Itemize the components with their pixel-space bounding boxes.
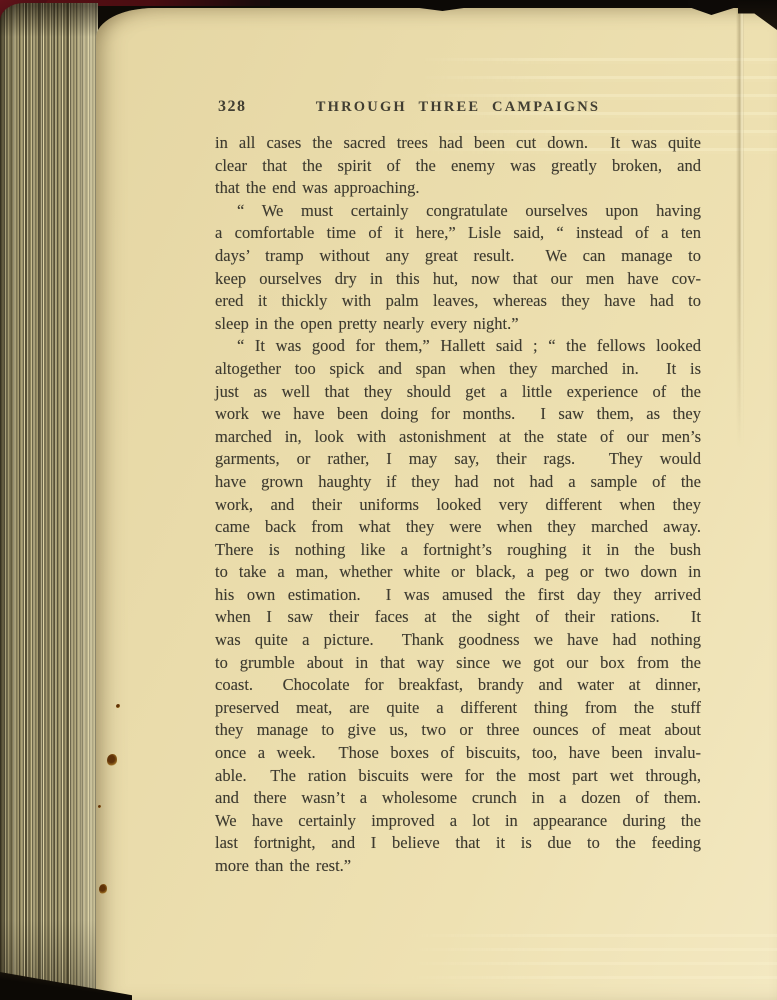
text-line: last fortnight, and I believe that it is…: [215, 832, 701, 855]
text-line: coast. Chocolate for breakfast, brandy a…: [215, 674, 701, 697]
page-text: in all cases the sacred trees had been c…: [215, 132, 701, 878]
text-line: preserved meat, are quite a different th…: [215, 697, 701, 720]
text-line: to grumble about in that way since we go…: [215, 652, 701, 675]
text-line: altogether too spick and span when they …: [215, 358, 701, 381]
book-scan: { "book": { "page_number": "328", "runni…: [0, 0, 777, 1000]
text-line: ered it thickly with palm leaves, wherea…: [215, 290, 701, 313]
paragraph: “ It was good for them,” Hallett said ; …: [215, 335, 701, 877]
text-line: clear that the spirit of the enemy was g…: [215, 155, 701, 178]
text-line: his own estimation. I was amused the fir…: [215, 584, 701, 607]
text-line: sleep in the open pretty nearly every ni…: [215, 313, 701, 336]
page-edge-line-right: [736, 8, 744, 448]
paragraph: “ We must certainly congratulate ourselv…: [215, 200, 701, 336]
foxing-spot: [99, 884, 107, 894]
text-line: came back from what they were when they …: [215, 516, 701, 539]
text-line: just as well that they should get a litt…: [215, 381, 701, 404]
stacked-page-edges: [0, 3, 98, 1000]
text-line: that the end was approaching.: [215, 177, 701, 200]
foxing-spot: [98, 805, 101, 808]
text-line: There is nothing like a fortnight’s roug…: [215, 539, 701, 562]
text-line: and there wasn’t a wholesome crunch in a…: [215, 787, 701, 810]
running-title: THROUGH THREE CAMPAIGNS: [215, 99, 701, 116]
text-line: have grown haughty if they had not had a…: [215, 471, 701, 494]
text-line: able. The ration biscuits were for the m…: [215, 765, 701, 788]
text-line: “ It was good for them,” Hallett said ; …: [215, 335, 701, 358]
text-line: more than the rest.”: [215, 855, 701, 878]
foxing-spot: [107, 754, 117, 766]
text-line: garments, or rather, I may say, their ra…: [215, 448, 701, 471]
text-line: work we have been doing for months. I sa…: [215, 403, 701, 426]
page-header: 328 THROUGH THREE CAMPAIGNS: [215, 98, 701, 120]
text-line: to take a man, whether white or black, a…: [215, 561, 701, 584]
page-edge-lines-bottom: [406, 923, 777, 985]
text-line: We have certainly improved a lot in appe…: [215, 810, 701, 833]
paragraph: in all cases the sacred trees had been c…: [215, 132, 701, 200]
text-line: was quite a picture. Thank goodness we h…: [215, 629, 701, 652]
text-line: a comfortable time of it here,” Lisle sa…: [215, 222, 701, 245]
text-line: in all cases the sacred trees had been c…: [215, 132, 701, 155]
text-line: work, and their uniforms looked very dif…: [215, 494, 701, 517]
text-line: once a week. Those boxes of biscuits, to…: [215, 742, 701, 765]
text-line: keep ourselves dry in this hut, now that…: [215, 268, 701, 291]
text-line: marched in, look with astonishment at th…: [215, 426, 701, 449]
foxing-spot: [116, 704, 120, 708]
book-page: 328 THROUGH THREE CAMPAIGNS in all cases…: [96, 8, 777, 1000]
text-line: “ We must certainly congratulate ourselv…: [215, 200, 701, 223]
text-line: they manage to give us, two or three oun…: [215, 719, 701, 742]
text-line: days’ tramp without any great result. We…: [215, 245, 701, 268]
text-line: when I saw their faces at the sight of t…: [215, 606, 701, 629]
